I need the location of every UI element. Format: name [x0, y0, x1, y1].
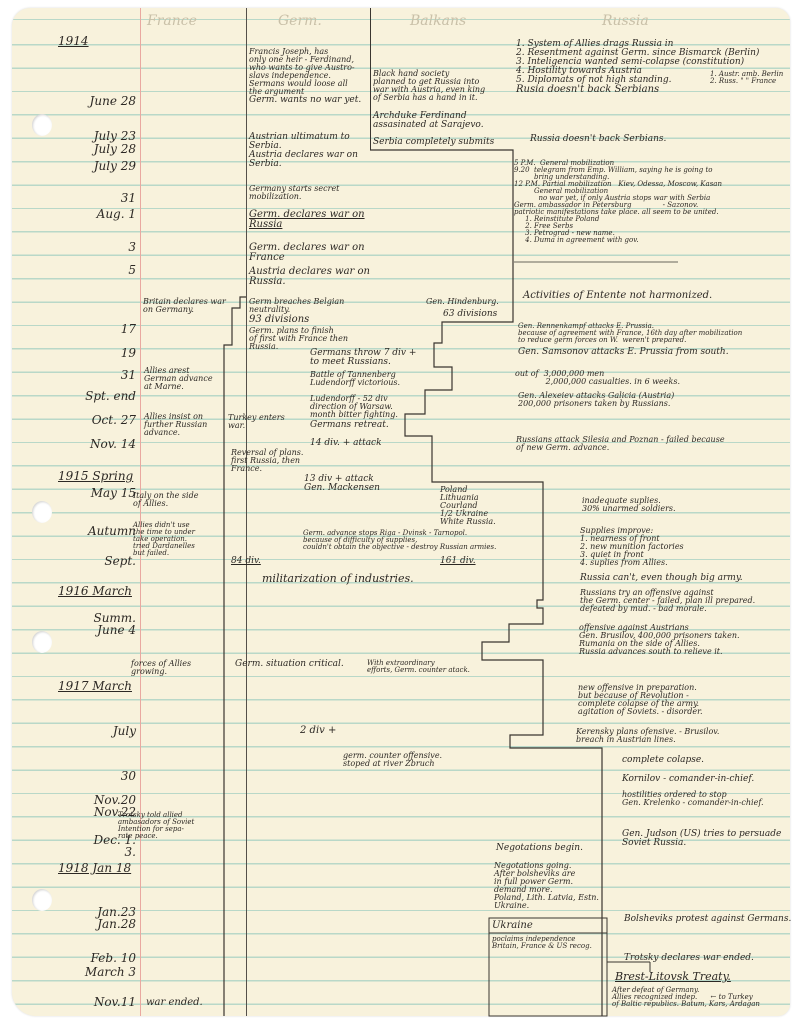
- russia-note: Trotsky declares war ended.: [624, 954, 754, 963]
- date-label: May 15: [36, 487, 136, 499]
- russia-note: Bolsheviks protest against Germans.: [624, 915, 791, 924]
- germany-note: 93 divisions: [249, 315, 309, 325]
- date-label: 19: [36, 347, 136, 359]
- russia-note: Gen. Alexeiev attacks Galicia (Austria) …: [518, 392, 674, 408]
- date-label: July: [36, 725, 136, 737]
- date-label: July 28: [36, 143, 136, 155]
- date-label: Feb. 10: [36, 952, 136, 964]
- front-note: Ludendorff - 52 div direction of Warsaw.…: [310, 395, 398, 419]
- date-label: Nov.11: [36, 996, 136, 1008]
- date-label: 17: [36, 323, 136, 335]
- date-label: Summ. June 4: [36, 612, 136, 636]
- date-label: 1915 Spring: [58, 470, 148, 482]
- balkans-note: Black hand society planned to get Russia…: [373, 70, 485, 102]
- column-header-russia: Russia: [602, 14, 649, 28]
- date-label: 1914: [58, 35, 148, 47]
- allies-note: Allies insist on further Russian advance…: [144, 413, 207, 437]
- russia-note: Russians try an offensive against the Ge…: [580, 589, 755, 613]
- russia-note: 1. Austr. amb. Berlin 2. Russ. " " Franc…: [710, 71, 783, 85]
- russia-note: Gen. Judson (US) tries to persuade Sovie…: [622, 830, 781, 848]
- russia-note: Activities of Entente not harmonized.: [523, 291, 712, 301]
- russia-note: complete colapse.: [622, 756, 704, 765]
- date-label: Jan.28: [36, 918, 136, 930]
- germany-note: Germ breaches Belgian neutrality.: [249, 298, 344, 314]
- russia-note: 5 P.M. General mobilization 9.20 telegra…: [514, 160, 722, 244]
- front-note: Germ. advance stops Riga - Dvinsk - Tarn…: [303, 530, 496, 551]
- germany-note: militarization of industries.: [262, 573, 414, 584]
- front-note: germ. counter offensive. stoped at river…: [343, 752, 442, 768]
- russia-note: Rusia doesn't back Serbians: [516, 85, 659, 95]
- allies-note: Italy on the side of Allies.: [133, 492, 198, 508]
- russia-note: offensive against Austrians Gen. Brusilo…: [579, 624, 740, 656]
- germany-note: Austria declares war on Russia.: [249, 267, 370, 287]
- germany-note: 2 div +: [300, 726, 336, 736]
- front-note: 63 divisions: [443, 310, 497, 319]
- allies-note: forces of Allies growing.: [131, 660, 191, 676]
- front-note: Germans retreat.: [310, 421, 389, 430]
- date-label: Aug. 1: [36, 208, 136, 220]
- allies-note: Allies didn't use the time to under take…: [133, 522, 195, 557]
- front-note: Negotations going. After bolsheviks are …: [494, 862, 599, 910]
- russia-note: Russia doesn't back Serbians.: [530, 135, 666, 144]
- date-label: 1917 March: [58, 680, 148, 692]
- date-label: July 29: [36, 160, 136, 172]
- front-note: Battle of Tannenberg Ludendorff victorio…: [310, 371, 400, 387]
- russia-note: inadequate suplies. 30% unarmed soldiers…: [582, 497, 676, 513]
- front-note: Negotations begin.: [496, 844, 583, 853]
- russia-note: Russia can't, even though big army.: [580, 574, 743, 583]
- germany-note: Germ. wants no war yet.: [249, 96, 361, 105]
- germany-note: Germ. declares war on Russia: [249, 210, 365, 230]
- front-note: 13 div + attack Gen. Mackensen: [304, 475, 380, 493]
- balkans-note: Archduke Ferdinand assasinated at Saraje…: [373, 112, 484, 130]
- front-note: Germans throw 7 div + to meet Russians.: [310, 349, 416, 367]
- front-note: 161 div.: [440, 557, 476, 566]
- russia-note: Kerensky plans ofensive. - Brusilov. bre…: [576, 728, 719, 744]
- front-note: 14 div. + attack: [310, 439, 382, 448]
- date-label: Sept.: [36, 555, 136, 567]
- date-label: 3: [36, 241, 136, 253]
- russia-note: Supplies improve: 1. nearness of front 2…: [580, 527, 684, 567]
- date-label: 31: [36, 369, 136, 381]
- allies-note: war ended.: [146, 998, 203, 1008]
- date-label: Oct. 27: [36, 414, 136, 426]
- balkans-note: Serbia completely submits: [373, 138, 494, 147]
- date-label: 1918 Jan 18: [58, 862, 148, 874]
- germany-note: Turkey enters war.: [228, 414, 285, 430]
- russia-note: new offensive in preparation. but becaus…: [578, 684, 703, 716]
- date-label: March 3: [36, 966, 136, 978]
- germany-note: Germany starts secret mobilization.: [249, 185, 339, 201]
- front-note: Gen. Hindenburg.: [426, 298, 499, 306]
- front-note: With extraordinary efforts, Germ. counte…: [367, 660, 470, 674]
- date-label: July 23: [36, 130, 136, 142]
- allies-note: Britain declares war on Germany.: [143, 298, 226, 314]
- russia-note: Russians attack Silesia and Poznan - fai…: [516, 436, 725, 452]
- russia-note: Brest-Litovsk Treaty.: [615, 971, 731, 982]
- germany-note: 84 div.: [231, 557, 261, 566]
- date-label: 31: [36, 192, 136, 204]
- germany-note: Reversal of plans. first Russia, then Fr…: [231, 449, 303, 473]
- date-label: 5: [36, 264, 136, 276]
- column-header-balkans: Balkans: [410, 14, 466, 28]
- date-label: 30: [36, 770, 136, 782]
- date-label: Nov. 14: [36, 438, 136, 450]
- russia-note: Gen. Samsonov attacks E. Prussia from so…: [518, 348, 729, 357]
- allies-note: Trotsky told allied ambasadors of Soviet…: [118, 812, 194, 840]
- russia-note: out of 3,000,000 men 2,000,000 casualtie…: [515, 370, 680, 386]
- front-note: Poland Lithuania Courland 1/2 Ukraine Wh…: [440, 486, 496, 526]
- ukraine-box-note: poclaims independence Britain, France & …: [492, 936, 592, 950]
- date-label: Spt. end: [36, 390, 136, 402]
- germany-note: Germ. declares war on France: [249, 243, 365, 263]
- russia-note: hostilities ordered to stop Gen. Krelenk…: [622, 791, 764, 807]
- russia-note: Kornilov - comander-in-chief.: [622, 775, 754, 784]
- russia-note: Gen. Rennenkampf attacks E. Prussia. bec…: [518, 323, 742, 344]
- germany-note: Germ. situation critical.: [235, 660, 344, 669]
- column-header-france: France: [147, 14, 197, 28]
- date-label: 1916 March: [58, 585, 148, 597]
- russia-note: After defeat of Germany. Allies recogniz…: [612, 987, 760, 1008]
- germany-note: Francis Joseph, has only one heir - Ferd…: [249, 48, 355, 96]
- date-label: Autumn: [36, 525, 136, 537]
- allies-note: Allies arest German advance at Marne.: [144, 367, 213, 391]
- germany-note: Austrian ultimatum to Serbia. Austria de…: [249, 133, 358, 169]
- ukraine-box-title: Ukraine: [492, 921, 533, 931]
- column-header-germany: Germ.: [278, 14, 322, 28]
- date-label: June 28: [36, 95, 136, 107]
